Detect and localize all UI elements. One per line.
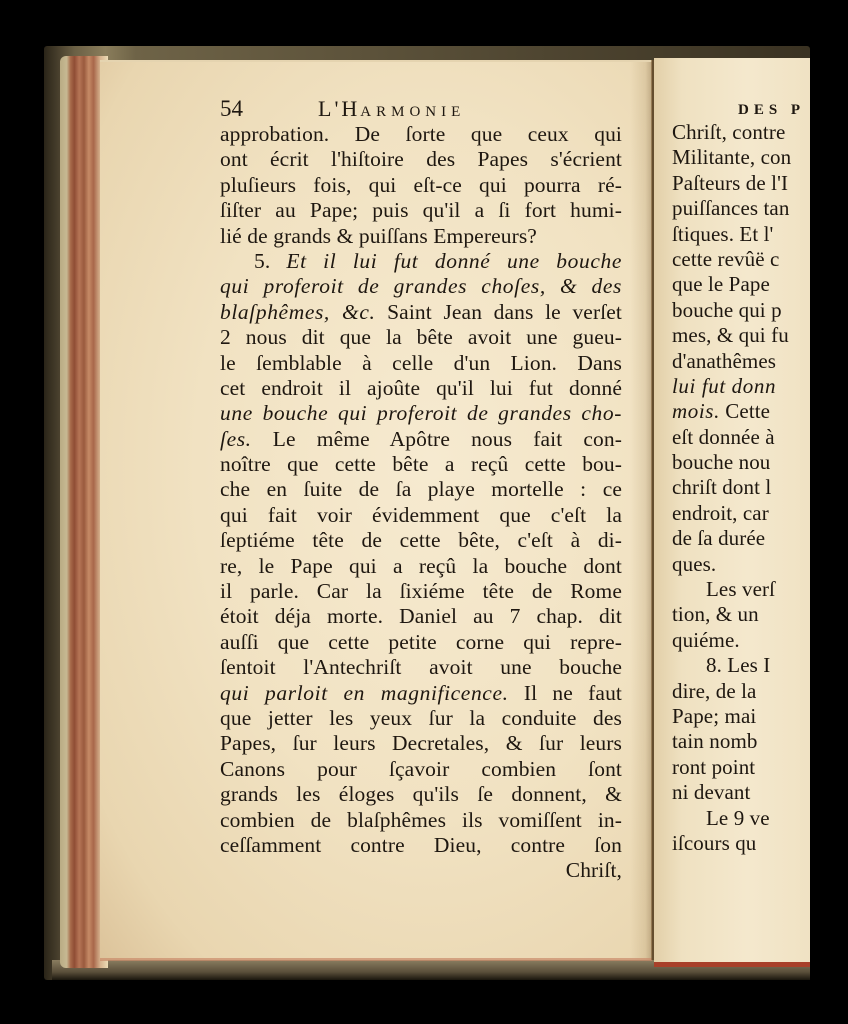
text-line: pluſieurs fois, qui eſt-ce qui pourra ré… [220,173,622,198]
left-page-bottom-edge [100,958,652,961]
text-line: puiſſances tan [672,196,810,221]
text-line: combien de blaſphêmes ils vomiſſent in- [220,808,622,833]
italic-fragment: qui parloit en magnificence. [220,681,509,705]
text-line: Militante, con [672,145,810,170]
text-line: Papes, ſur leurs Decretales, & ſur leurs [220,731,622,756]
verse-number: 5. [254,249,286,273]
italic-fragment: ſes. [220,427,252,451]
text-line-italic: qui proferoit de grandes choſes, & des [220,274,622,299]
text-line: Canons pour ſçavoir combien ſont [220,757,622,782]
text-line: Le 9 ve [672,806,810,831]
text-line: il parle. Car la ſixiéme tête de Rome [220,579,622,604]
text-line: chriſt dont l [672,475,810,500]
roman-fragment: Saint Jean dans le verſet [375,300,622,324]
text-line: Paſteurs de l'I [672,171,810,196]
text-line: che en ſuite de ſa playe mortelle : ce [220,477,622,502]
text-line: 8. Les I [672,653,810,678]
catchword: Chriſt, [220,858,622,883]
running-head-title: L'HARMONIE [318,96,465,125]
text-line: quiéme. [672,628,810,653]
verse-line: 5. Et il lui fut donné une bouche [220,249,622,274]
text-line: ni devant [672,780,810,805]
roman-fragment: Il ne faut [509,681,622,705]
right-page-text: DES P Chriſt, contre Militante, con Paſt… [672,96,810,856]
text-line: cet endroit il ajoûte qu'il lui fut donn… [220,376,622,401]
right-page-bottom-edge [654,962,810,967]
text-line: lié de grands & puiſſans Empereurs? [220,224,622,249]
text-line-italic: une bouche qui proferoit de grandes cho- [220,401,622,426]
text-line-mixed: mois. Cette [672,399,810,424]
text-line: que jetter les yeux ſur la conduite des [220,706,622,731]
italic-fragment: blaſphêmes, &c. [220,300,375,324]
text-line: ſiſter au Pape; puis qu'il a ſi fort hum… [220,198,622,223]
text-line: d'anathêmes [672,349,810,374]
text-line: bouche qui p [672,298,810,323]
text-line: le ſemblable à celle d'un Lion. Dans [220,351,622,376]
text-line: mes, & qui fu [672,323,810,348]
text-line: 2 nous dit que la bête avoit une gueu- [220,325,622,350]
text-line-italic: lui fut donn [672,374,810,399]
left-page-text: 54 L'HARMONIE approbation. De ſorte que … [220,96,622,884]
text-line: approbation. De ſorte que ceux qui [220,122,622,147]
text-line: dire, de la [672,679,810,704]
text-line: tain nomb [672,729,810,754]
text-line: étoit déja morte. Daniel au 7 chap. dit [220,604,622,629]
text-line: Les verſ [672,577,810,602]
page-number: 54 [220,96,318,122]
scan-border-right [810,0,848,1024]
text-line: re, le Pape qui a reçû la bouche dont [220,554,622,579]
text-line: ſentoit l'Antechriſt avoit une bouche [220,655,622,680]
text-line: tion, & un [672,602,810,627]
roman-fragment: Le même Apôtre nous fait con- [252,427,622,451]
text-line: endroit, car [672,501,810,526]
text-line: auſſi que cette petite corne qui repre- [220,630,622,655]
running-head-initial: L'H [318,96,360,121]
text-line: Chriſt, contre [672,120,810,145]
roman-fragment: Cette [720,399,770,423]
text-line: qui fait voir évidemment que c'eſt la [220,503,622,528]
text-line: bouche nou [672,450,810,475]
text-line: que le Pape [672,272,810,297]
running-head-rest: ARMONIE [360,104,465,120]
text-line: de ſa durée [672,526,810,551]
text-line-mixed: ſes. Le même Apôtre nous fait con- [220,427,622,452]
text-line: grands les éloges qu'ils ſe donnent, & [220,782,622,807]
running-head: 54 L'HARMONIE [220,96,622,122]
text-line: ront point [672,755,810,780]
italic-fragment: mois. [672,399,720,423]
text-line: ſtiques. Et l' [672,222,810,247]
text-line: Pape; mai [672,704,810,729]
text-line: iſcours qu [672,831,810,856]
text-line: noître que cette bête a reçû cette bou- [220,452,622,477]
text-line-mixed: qui parloit en magnificence. Il ne faut [220,681,622,706]
book-scan: 54 L'HARMONIE approbation. De ſorte que … [0,0,848,1024]
running-head-right: DES P [672,96,810,120]
text-line: ques. [672,552,810,577]
text-line: ſeptiéme tête de cette bête, c'eſt à di- [220,528,622,553]
text-line-mixed: blaſphêmes, &c. Saint Jean dans le verſe… [220,300,622,325]
verse-quote: Et il lui fut donné une bouche [286,249,622,273]
text-line: ont écrit l'hiſtoire des Papes s'écrient [220,147,622,172]
text-line: ceſſamment contre Dieu, contre ſon [220,833,622,858]
text-line: eſt donnée à [672,425,810,450]
text-line: cette revûë c [672,247,810,272]
